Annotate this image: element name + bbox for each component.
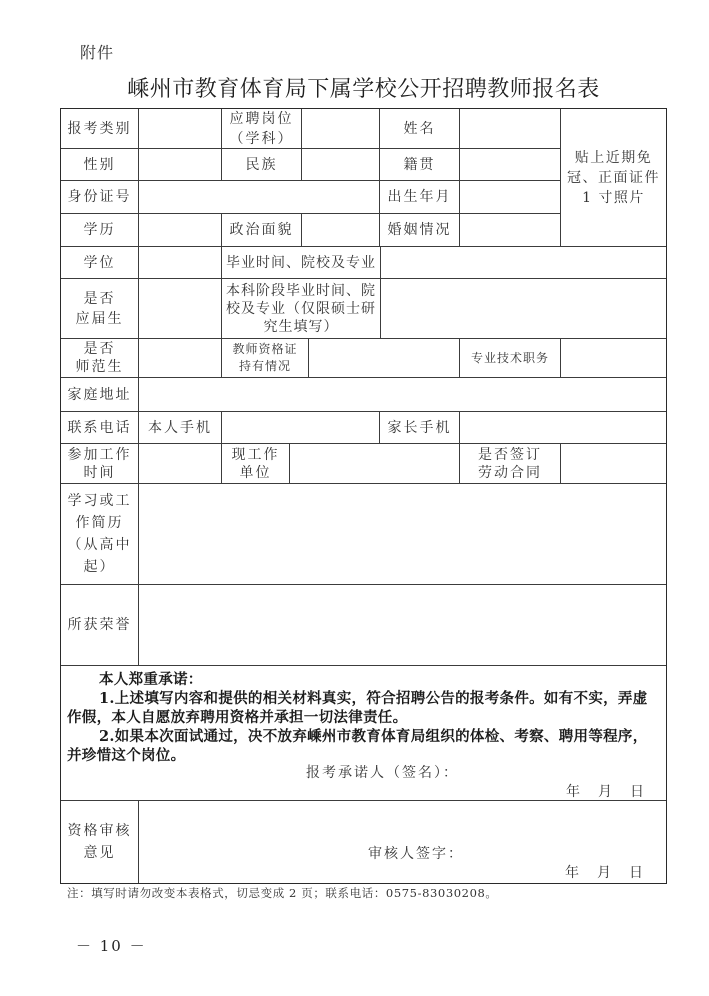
parent-mobile-label: 家长手机 [379, 411, 460, 444]
fresh-graduate-field[interactable] [138, 278, 222, 339]
contact-phone-label: 联系电话 [60, 411, 139, 444]
marital-status-field[interactable] [459, 213, 561, 247]
applicant-signature-label: 报考承诺人（签名）： [306, 762, 459, 782]
self-mobile-label: 本人手机 [138, 411, 222, 444]
label-line: （学科） [230, 129, 294, 149]
photo-hint-line: 贴上近期免 [575, 148, 653, 168]
fresh-graduate-label: 是否应届生 [60, 278, 139, 339]
label-text: 家庭地址 [68, 385, 132, 405]
label-text: 学历 [84, 220, 116, 240]
education-field[interactable] [138, 213, 222, 247]
photo-placeholder[interactable]: 贴上近期免 冠、正面证件 1 寸照片 [560, 108, 667, 247]
pledge-item-1-line-1: 1.上述填写内容和提供的相关材料真实，符合招聘公告的报考条件。如有不实，弄虚 [99, 687, 648, 708]
pledge-heading: 本人郑重承诺： [99, 668, 203, 689]
label-line: 校及专业（仅限硕士研 [226, 300, 376, 318]
label-line: （从高中 [68, 534, 132, 556]
label-text: 身份证号 [68, 187, 132, 207]
review-date[interactable]: 年月日 [565, 862, 661, 882]
name-label: 姓名 [379, 108, 460, 149]
work-start-field[interactable] [138, 443, 222, 484]
normal-student-label: 是否师范生 [60, 338, 139, 378]
label-line: 资格审核 [68, 820, 132, 842]
label-line: 劳动合同 [478, 464, 542, 482]
label-text: 姓名 [404, 119, 436, 139]
label-line: 应聘岗位 [230, 109, 294, 129]
education-label: 学历 [60, 213, 139, 247]
label-line: 起） [84, 556, 116, 578]
normal-student-field[interactable] [138, 338, 222, 378]
degree-field[interactable] [138, 246, 222, 279]
day-label: 日 [629, 862, 661, 882]
label-line: 作简历 [76, 512, 124, 534]
graduation-info-field[interactable] [380, 246, 667, 279]
undergrad-info-label: 本科阶段毕业时间、院 校及专业（仅限硕士研 究生填写） [221, 278, 381, 339]
label-line: 现工作 [232, 446, 280, 464]
page-title: 嵊州市教育体育局下属学校公开招聘教师报名表 [120, 72, 607, 103]
degree-label: 学位 [60, 246, 139, 279]
position-label: 应聘岗位（学科） [221, 108, 302, 149]
month-label: 月 [597, 862, 629, 882]
current-employer-label: 现工作单位 [221, 443, 290, 484]
undergrad-info-field[interactable] [380, 278, 667, 339]
label-text: 联系电话 [68, 418, 132, 438]
label-line: 师范生 [76, 358, 124, 376]
label-text: 报考类别 [68, 119, 132, 139]
reviewer-signature-label: 审核人签字： [368, 843, 464, 863]
name-field[interactable] [459, 108, 561, 149]
ethnicity-label: 民族 [221, 148, 302, 181]
label-line: 单位 [240, 464, 272, 482]
label-line: 持有情况 [239, 358, 291, 375]
pledge-item-2-line-2: 并珍惜这个岗位。 [67, 744, 185, 765]
position-field[interactable] [301, 108, 380, 149]
resume-field[interactable] [138, 483, 667, 585]
label-text: 专业技术职务 [471, 350, 549, 367]
label-text: 政治面貌 [230, 220, 294, 240]
home-address-label: 家庭地址 [60, 377, 139, 412]
professional-title-label: 专业技术职务 [459, 338, 561, 378]
review-opinion-label: 资格审核意见 [60, 800, 139, 884]
label-line: 是否 [84, 340, 116, 358]
label-text: 籍贯 [404, 155, 436, 175]
gender-label: 性别 [60, 148, 139, 181]
pledge-section: 本人郑重承诺： 1.上述填写内容和提供的相关材料真实，符合招聘公告的报考条件。如… [60, 665, 667, 801]
label-line: 应届生 [76, 309, 124, 329]
honors-label: 所获荣誉 [60, 584, 139, 666]
current-employer-field[interactable] [289, 443, 460, 484]
teacher-cert-label: 教师资格证持有情况 [221, 338, 309, 378]
label-text: 所获荣誉 [68, 615, 132, 635]
label-line: 是否签订 [478, 446, 542, 464]
teacher-cert-field[interactable] [308, 338, 460, 378]
label-line: 学习或工 [68, 490, 132, 512]
honors-field[interactable] [138, 584, 667, 666]
ethnicity-field[interactable] [301, 148, 380, 181]
label-line: 教师资格证 [232, 341, 297, 358]
year-label: 年 [566, 781, 598, 801]
label-line: 是否 [84, 289, 116, 309]
year-label: 年 [565, 862, 597, 882]
pledge-date[interactable]: 年月日 [566, 781, 662, 801]
labor-contract-field[interactable] [560, 443, 667, 484]
label-text: 毕业时间、院校及专业 [226, 253, 376, 273]
label-line: 究生填写） [264, 318, 339, 336]
label-line: 时间 [84, 464, 116, 482]
pledge-item-1-line-2: 作假，本人自愿放弃聘用资格并承担一切法律责任。 [67, 706, 407, 727]
exam-category-field[interactable] [138, 108, 222, 149]
exam-category-label: 报考类别 [60, 108, 139, 149]
political-status-label: 政治面貌 [221, 213, 302, 247]
label-text: 民族 [246, 155, 278, 175]
id-number-field[interactable] [138, 180, 380, 214]
label-line: 参加工作 [68, 446, 132, 464]
pledge-item-2-line-1: 2.如果本次面试通过，决不放弃嵊州市教育体育局组织的体检、考察、聘用等程序， [99, 725, 648, 746]
label-text: 婚姻情况 [388, 220, 452, 240]
label-text: 性别 [84, 155, 116, 175]
attachment-label: 附件 [80, 40, 114, 63]
political-status-field[interactable] [301, 213, 380, 247]
work-start-label: 参加工作时间 [60, 443, 139, 484]
native-place-field[interactable] [459, 148, 561, 181]
birth-date-label: 出生年月 [379, 180, 460, 214]
graduation-info-label: 毕业时间、院校及专业 [221, 246, 381, 279]
page-number: － 10 － [76, 935, 147, 956]
id-number-label: 身份证号 [60, 180, 139, 214]
self-mobile-field[interactable] [221, 411, 380, 444]
label-line: 意见 [84, 842, 116, 864]
photo-hint-line: 1 寸照片 [582, 188, 645, 208]
professional-title-field[interactable] [560, 338, 667, 378]
resume-label: 学习或工 作简历 （从高中 起） [60, 483, 139, 585]
label-text: 学位 [84, 253, 116, 273]
photo-hint-line: 冠、正面证件 [567, 168, 660, 188]
day-label: 日 [630, 781, 662, 801]
parent-mobile-field[interactable] [459, 411, 667, 444]
native-place-label: 籍贯 [379, 148, 460, 181]
footnote: 注：填写时请勿改变本表格式，切忌变成 2 页；联系电话：0575-8303020… [67, 885, 498, 901]
month-label: 月 [598, 781, 630, 801]
marital-status-label: 婚姻情况 [379, 213, 460, 247]
label-text: 家长手机 [388, 418, 452, 438]
labor-contract-label: 是否签订劳动合同 [459, 443, 561, 484]
gender-field[interactable] [138, 148, 222, 181]
label-text: 出生年月 [388, 187, 452, 207]
home-address-field[interactable] [138, 377, 667, 412]
label-text: 本人手机 [148, 418, 212, 438]
label-line: 本科阶段毕业时间、院 [226, 282, 376, 300]
birth-date-field[interactable] [459, 180, 561, 214]
